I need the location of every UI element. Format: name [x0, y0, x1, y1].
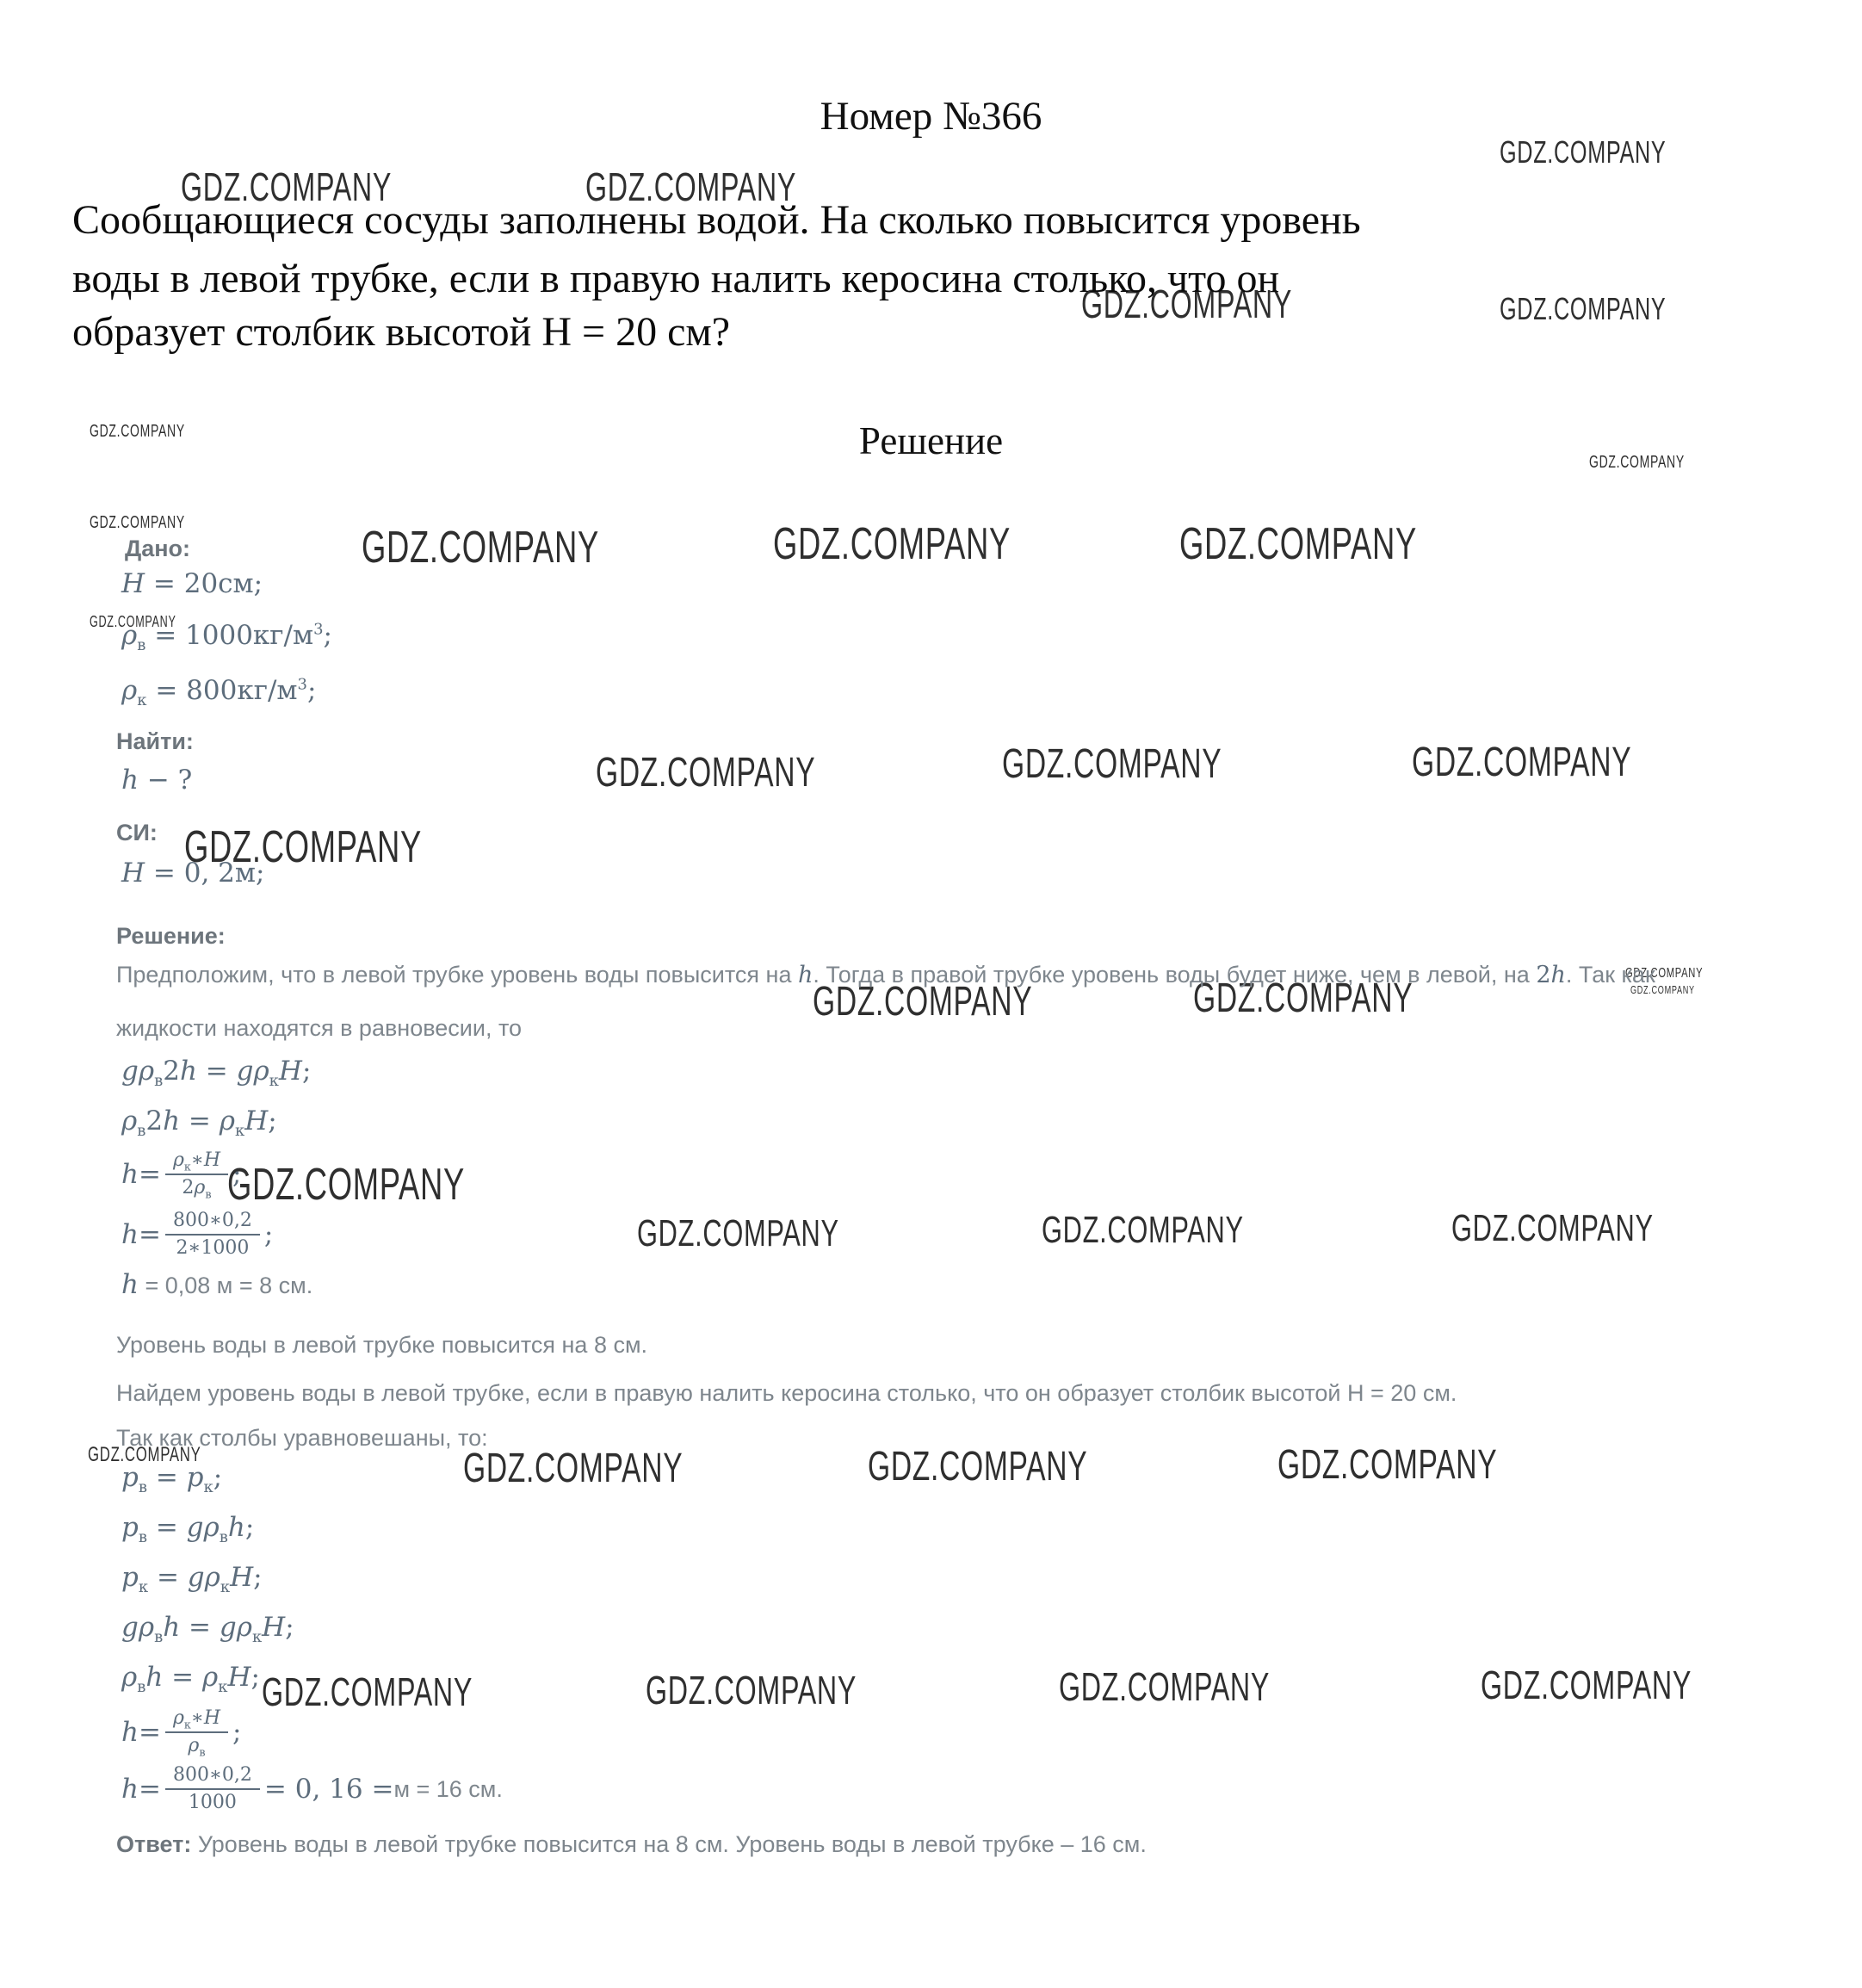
answer-label: Ответ:: [116, 1831, 191, 1857]
gdz-watermark: GDZ.COMPANY: [1500, 291, 1666, 327]
gdz-watermark: GDZ.COMPANY: [90, 513, 185, 533]
gdz-watermark: GDZ.COMPANY: [637, 1212, 839, 1255]
answer-line: Ответ: Уровень воды в левой трубке повыс…: [116, 1830, 1147, 1858]
equation-g-rho-h: gρвh = gρкH;: [121, 1612, 294, 1644]
gdz-watermark: GDZ.COMPANY: [1002, 740, 1222, 788]
page-title: Номер №366: [0, 93, 1862, 139]
gdz-watermark: GDZ.COMPANY: [868, 1443, 1087, 1490]
equation-pressure-equal: pв = pк;: [121, 1462, 222, 1494]
given-rho-kerosene-equation: ρк = 800кг/м3;: [121, 675, 316, 707]
equation-rho-h: ρвh = ρкH;: [121, 1662, 260, 1694]
text-level-rises-8cm: Уровень воды в левой трубке повысится на…: [116, 1331, 647, 1359]
gdz-watermark: GDZ.COMPANY: [362, 522, 599, 573]
gdz-watermark: GDZ.COMPANY: [1451, 1207, 1654, 1250]
given-label: Дано:: [125, 536, 190, 562]
problem-text-line-1: Сообщающиеся сосуды заполнены водой. На …: [72, 196, 1361, 244]
gdz-watermark: GDZ.COMPANY: [1412, 739, 1631, 786]
gdz-watermark: GDZ.COMPANY: [1042, 1209, 1244, 1252]
problem-text-line-2: воды в левой трубке, если в правую налит…: [72, 255, 1279, 302]
gdz-watermark: GDZ.COMPANY: [1059, 1663, 1270, 1710]
equation-h-result-16cm: h = 800∗0,21000 = 0, 16 = м = 16 см.: [121, 1765, 503, 1813]
gdz-watermark: GDZ.COMPANY: [262, 1669, 473, 1715]
equation-pressure-kerosene: pк = gρкH;: [121, 1562, 263, 1594]
equation-h-result-8cm: h = 0,08 м = 8 см.: [121, 1269, 312, 1301]
gdz-watermark: GDZ.COMPANY: [773, 518, 1011, 570]
gdz-watermark: GDZ.COMPANY: [596, 749, 815, 796]
gdz-watermark: GDZ.COMPANY: [646, 1667, 857, 1713]
equation-h-fraction-symbolic-2: h = ρк∗Hρв;: [121, 1708, 241, 1756]
document-page: { "watermark": { "text": "GDZ.COMPANY" }…: [0, 0, 1862, 1988]
equation-rho-2h: ρв2h = ρкH;: [121, 1105, 277, 1137]
problem-text-line-3: образует столбик высотой Н = 20 см?: [72, 308, 730, 356]
solution-paragraph-2: жидкости находятся в равновесии, то: [116, 1014, 522, 1042]
find-h-equation: h − ?: [121, 765, 192, 796]
equation-g-rho-2h: gρв2h = gρкH;: [121, 1056, 311, 1087]
given-rho-water-equation: ρв = 1000кг/м3;: [121, 620, 332, 652]
gdz-watermark: GDZ.COMPANY: [463, 1445, 683, 1492]
gdz-watermark: GDZ.COMPANY: [227, 1159, 465, 1211]
text-find-level: Найдем уровень воды в левой трубке, если…: [116, 1379, 1457, 1407]
equation-h-fraction-numeric: h = 800∗0,22∗1000;: [121, 1211, 273, 1259]
si-label: СИ:: [116, 820, 158, 846]
gdz-watermark: GDZ.COMPANY: [1500, 134, 1666, 170]
find-label: Найти:: [116, 728, 194, 755]
answer-text: Уровень воды в левой трубке повысится на…: [191, 1831, 1147, 1857]
solution-paragraph-1: Предположим, что в левой трубке уровень …: [116, 961, 1655, 989]
gdz-watermark: GDZ.COMPANY: [1481, 1662, 1692, 1708]
solution-heading: Решение: [0, 418, 1862, 463]
given-h-equation: H = 20см;: [121, 568, 263, 600]
si-H-equation: H = 0, 2м;: [121, 858, 264, 889]
equation-h-fraction-symbolic: h = ρк∗H2ρв;: [121, 1150, 241, 1198]
solution-label: Решение:: [116, 923, 226, 950]
gdz-watermark: GDZ.COMPANY: [1179, 518, 1417, 570]
gdz-watermark: GDZ.COMPANY: [1277, 1441, 1497, 1489]
equation-pressure-water: pв = gρвh;: [121, 1512, 254, 1544]
text-columns-balanced: Так как столбы уравновешаны, то:: [116, 1424, 488, 1452]
